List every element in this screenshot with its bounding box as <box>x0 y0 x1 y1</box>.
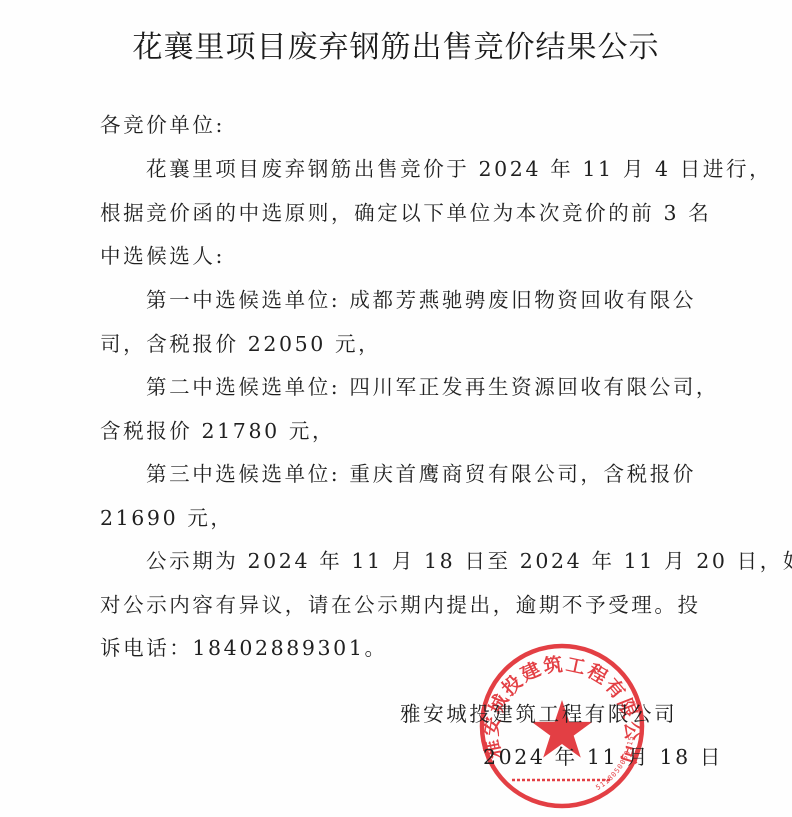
notice-line-2: 对公示内容有异议，请在公示期内提出，逾期不予受理。投 <box>100 588 701 618</box>
signature-company: 雅安城投建筑工程有限公司 <box>400 697 677 727</box>
candidate-3-line-2: 21690 元， <box>100 501 234 531</box>
intro-line-2: 根据竞价函的中选原则，确定以下单位为本次竞价的前 3 名 <box>100 196 711 226</box>
candidate-2-line-1: 第二中选候选单位: 四川军正发再生资源回收有限公司， <box>146 370 719 400</box>
document-title: 花襄里项目废弃钢筋出售竞价结果公示 <box>0 22 792 66</box>
salutation: 各竞价单位: <box>100 108 225 138</box>
document-page: 花襄里项目废弃钢筋出售竞价结果公示 各竞价单位: 花襄里项目废弃钢筋出售竞价于 … <box>0 0 792 817</box>
candidate-1-line-2: 司，含税报价 22050 元， <box>100 327 381 357</box>
notice-line-1: 公示期为 2024 年 11 月 18 日至 2024 年 11 月 20 日，… <box>146 544 792 574</box>
candidate-3-line-1: 第三中选候选单位: 重庆首鹰商贸有限公司，含税报价 <box>146 457 696 487</box>
candidate-1-line-1: 第一中选候选单位: 成都芳燕驰骋废旧物资回收有限公 <box>146 283 696 313</box>
notice-line-3: 诉电话：18402889301。 <box>100 631 388 661</box>
signature-date: 2024 年 11 月 18 日 <box>483 740 723 770</box>
candidate-2-line-2: 含税报价 21780 元， <box>100 414 335 444</box>
intro-line-1: 花襄里项目废弃钢筋出售竞价于 2024 年 11 月 4 日进行， <box>146 152 772 182</box>
intro-line-3: 中选候选人: <box>100 239 225 269</box>
